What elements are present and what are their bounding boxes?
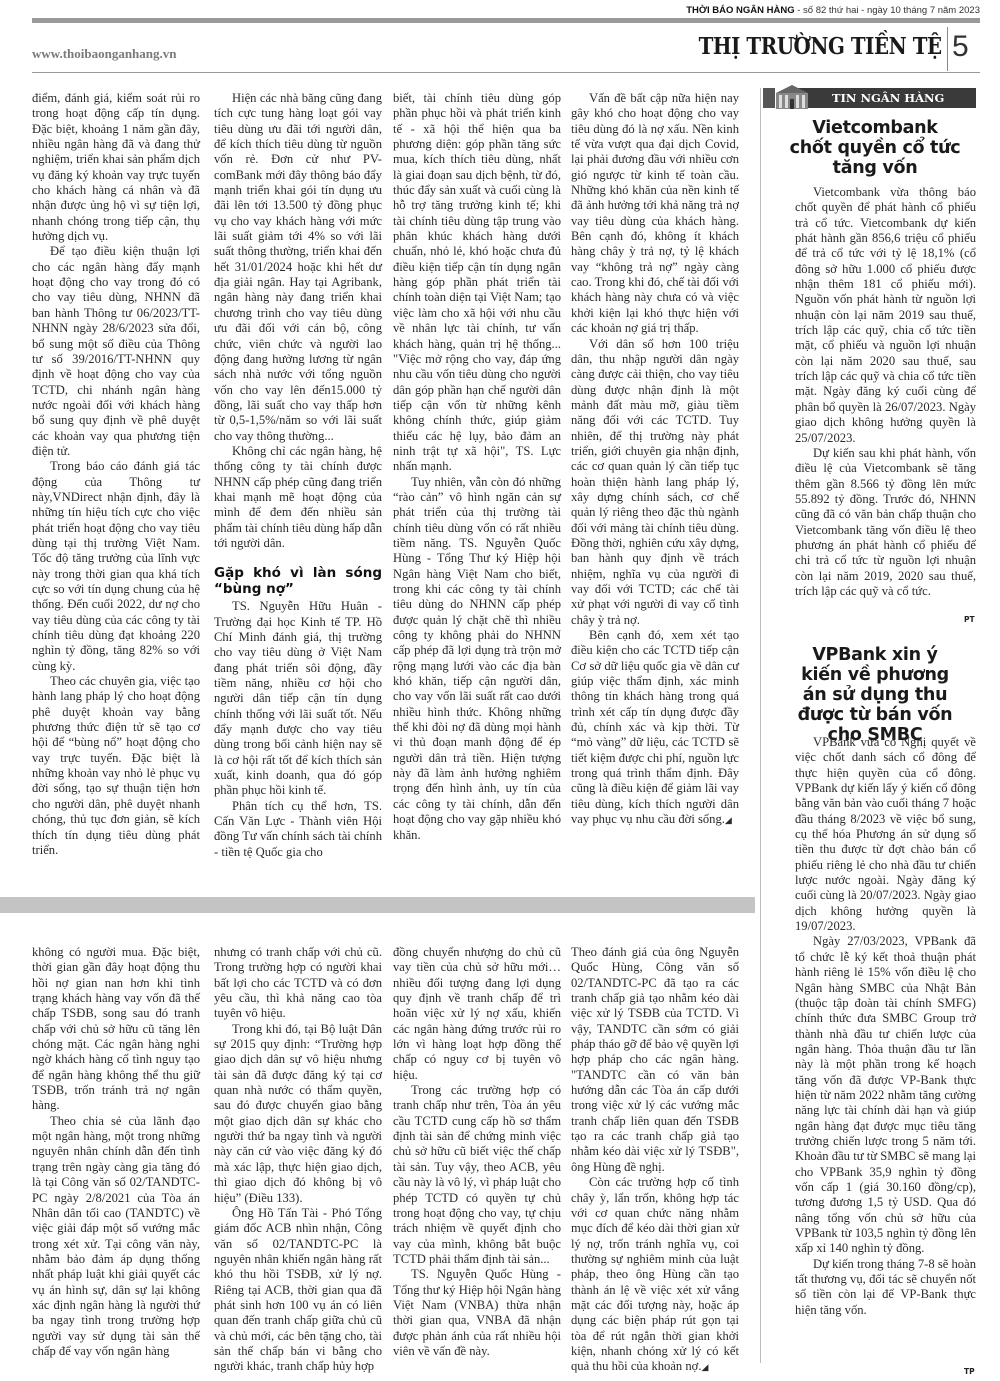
article-top-column-3: biết, tài chính tiêu dùng góp phần phục … bbox=[393, 91, 561, 843]
paragraph: Vietcombank vừa thông báo chốt quyền để … bbox=[795, 185, 976, 446]
section-title: THỊ TRƯỜNG TIỀN TỆ bbox=[699, 33, 942, 60]
end-mark-icon: ◢ bbox=[701, 1362, 708, 1372]
website-url: www.thoibaonganhang.vn bbox=[32, 46, 177, 62]
paragraph: TS. Nguyễn Hữu Huân - Trường đại học Kin… bbox=[214, 599, 382, 798]
sidebar-header: TIN NGÂN HÀNG bbox=[786, 88, 976, 108]
paragraph: biết, tài chính tiêu dùng góp phần phục … bbox=[393, 91, 561, 475]
paragraph: Dự kiến trong tháng 7-8 sẽ hoàn tất thươ… bbox=[795, 1257, 976, 1318]
paragraph: Phân tích cụ thể hơn, TS. Cấn Văn Lực - … bbox=[214, 799, 382, 860]
sidebar-divider bbox=[760, 88, 761, 1363]
article-bottom-column-1: không có người mua. Đặc biệt, thời gian … bbox=[32, 945, 200, 1359]
end-mark-icon: ◢ bbox=[725, 815, 732, 825]
article-bottom-column-2: nhưng có tranh chấp với chủ cũ. Trong tr… bbox=[214, 945, 382, 1375]
paragraph: Còn các trường hợp cố tình chây ỳ, lẩn t… bbox=[571, 1175, 739, 1375]
section-divider-band bbox=[0, 897, 755, 913]
top-rule bbox=[32, 18, 980, 23]
paragraph: Hiện các nhà băng cũng đang tích cực tun… bbox=[214, 91, 382, 444]
paragraph: Theo đánh giá của ông Nguyễn Quốc Hùng, … bbox=[571, 945, 739, 1175]
page-number-divider bbox=[947, 27, 948, 71]
article-subheading: Gặp khó vì làn sóng “bùng nợ” bbox=[214, 565, 382, 597]
article-top-column-2: Hiện các nhà băng cũng đang tích cực tun… bbox=[214, 91, 382, 860]
publication-name: THỜI BÁO NGÂN HÀNG bbox=[686, 5, 794, 16]
sidebar-article-1-byline: PT bbox=[964, 615, 975, 624]
paragraph: Trong báo cáo đánh giá tác động của Thôn… bbox=[32, 459, 200, 674]
paragraph-text: Bên cạnh đó, xem xét tạo điều kiện cho c… bbox=[571, 628, 739, 826]
sidebar-article-1-title: Vietcombank chốt quyền cổ tức tăng vốn bbox=[775, 118, 975, 178]
paragraph: Không chỉ các ngân hàng, hệ thống công t… bbox=[214, 444, 382, 551]
article-bottom-column-4: Theo đánh giá của ông Nguyễn Quốc Hùng, … bbox=[571, 945, 739, 1376]
paragraph: không có người mua. Đặc biệt, thời gian … bbox=[32, 945, 200, 1114]
paragraph: VPBank vừa có Nghị quyết về việc chốt da… bbox=[795, 735, 976, 934]
paragraph: Trong khi đó, tại Bộ luật Dân sự 2015 qu… bbox=[214, 1022, 382, 1206]
article-top-column-4: Vấn đề bất cập nữa hiện nay gây khó cho … bbox=[571, 91, 739, 829]
article-top-column-1: điểm, đánh giá, kiểm soát rủi ro trong h… bbox=[32, 91, 200, 858]
paragraph: điểm, đánh giá, kiểm soát rủi ro trong h… bbox=[32, 91, 200, 244]
paragraph: Dự kiến sau khi phát hành, vốn điều lệ c… bbox=[795, 446, 976, 599]
paragraph-text: Còn các trường hợp cố tình chây ỳ, lẩn t… bbox=[571, 1175, 739, 1373]
paragraph: Với dân số hơn 100 triệu dân, thu nhập n… bbox=[571, 337, 739, 629]
sidebar-article-2-byline: TP bbox=[964, 1367, 975, 1376]
paragraph: Vấn đề bất cập nữa hiện nay gây khó cho … bbox=[571, 91, 739, 337]
paragraph: Ngày 27/03/2023, VPBank đã tổ chức lễ ký… bbox=[795, 934, 976, 1256]
paragraph: Trong các trường hợp có tranh chấp như t… bbox=[393, 1083, 561, 1267]
paragraph: nhưng có tranh chấp với chủ cũ. Trong tr… bbox=[214, 945, 382, 1022]
bank-building-icon bbox=[772, 83, 812, 111]
paragraph: Tuy nhiên, vẫn còn đó những “rào cản” vô… bbox=[393, 475, 561, 843]
paragraph: Ông Hồ Tấn Tài - Phó Tổng giám đốc ACB n… bbox=[214, 1206, 382, 1375]
sidebar-article-1-body: Vietcombank vừa thông báo chốt quyền để … bbox=[795, 185, 976, 599]
issue-date: - số 82 thứ hai - ngày 10 tháng 7 năm 20… bbox=[795, 5, 980, 16]
paragraph: Theo chia sẻ của lãnh đạo một ngân hàng,… bbox=[32, 1114, 200, 1360]
paragraph: Để tạo điều kiện thuận lợi cho các ngân … bbox=[32, 244, 200, 459]
paragraph: Theo các chuyên gia, việc tạo hành lang … bbox=[32, 674, 200, 858]
paragraph: đồng chuyển nhượng do chủ cũ vay tiền củ… bbox=[393, 945, 561, 1083]
issue-info: THỜI BÁO NGÂN HÀNG - số 82 thứ hai - ngà… bbox=[686, 5, 980, 16]
header-rule bbox=[32, 72, 980, 73]
article-bottom-column-3: đồng chuyển nhượng do chủ cũ vay tiền củ… bbox=[393, 945, 561, 1359]
page-number: 5 bbox=[952, 30, 969, 64]
paragraph: Bên cạnh đó, xem xét tạo điều kiện cho c… bbox=[571, 628, 739, 828]
paragraph: TS. Nguyễn Quốc Hùng - Tổng thư ký Hiệp … bbox=[393, 1267, 561, 1359]
sidebar-article-2-body: VPBank vừa có Nghị quyết về việc chốt da… bbox=[795, 735, 976, 1318]
sidebar-article-2-title: VPBank xin ý kiến về phương án sử dụng t… bbox=[775, 645, 975, 745]
